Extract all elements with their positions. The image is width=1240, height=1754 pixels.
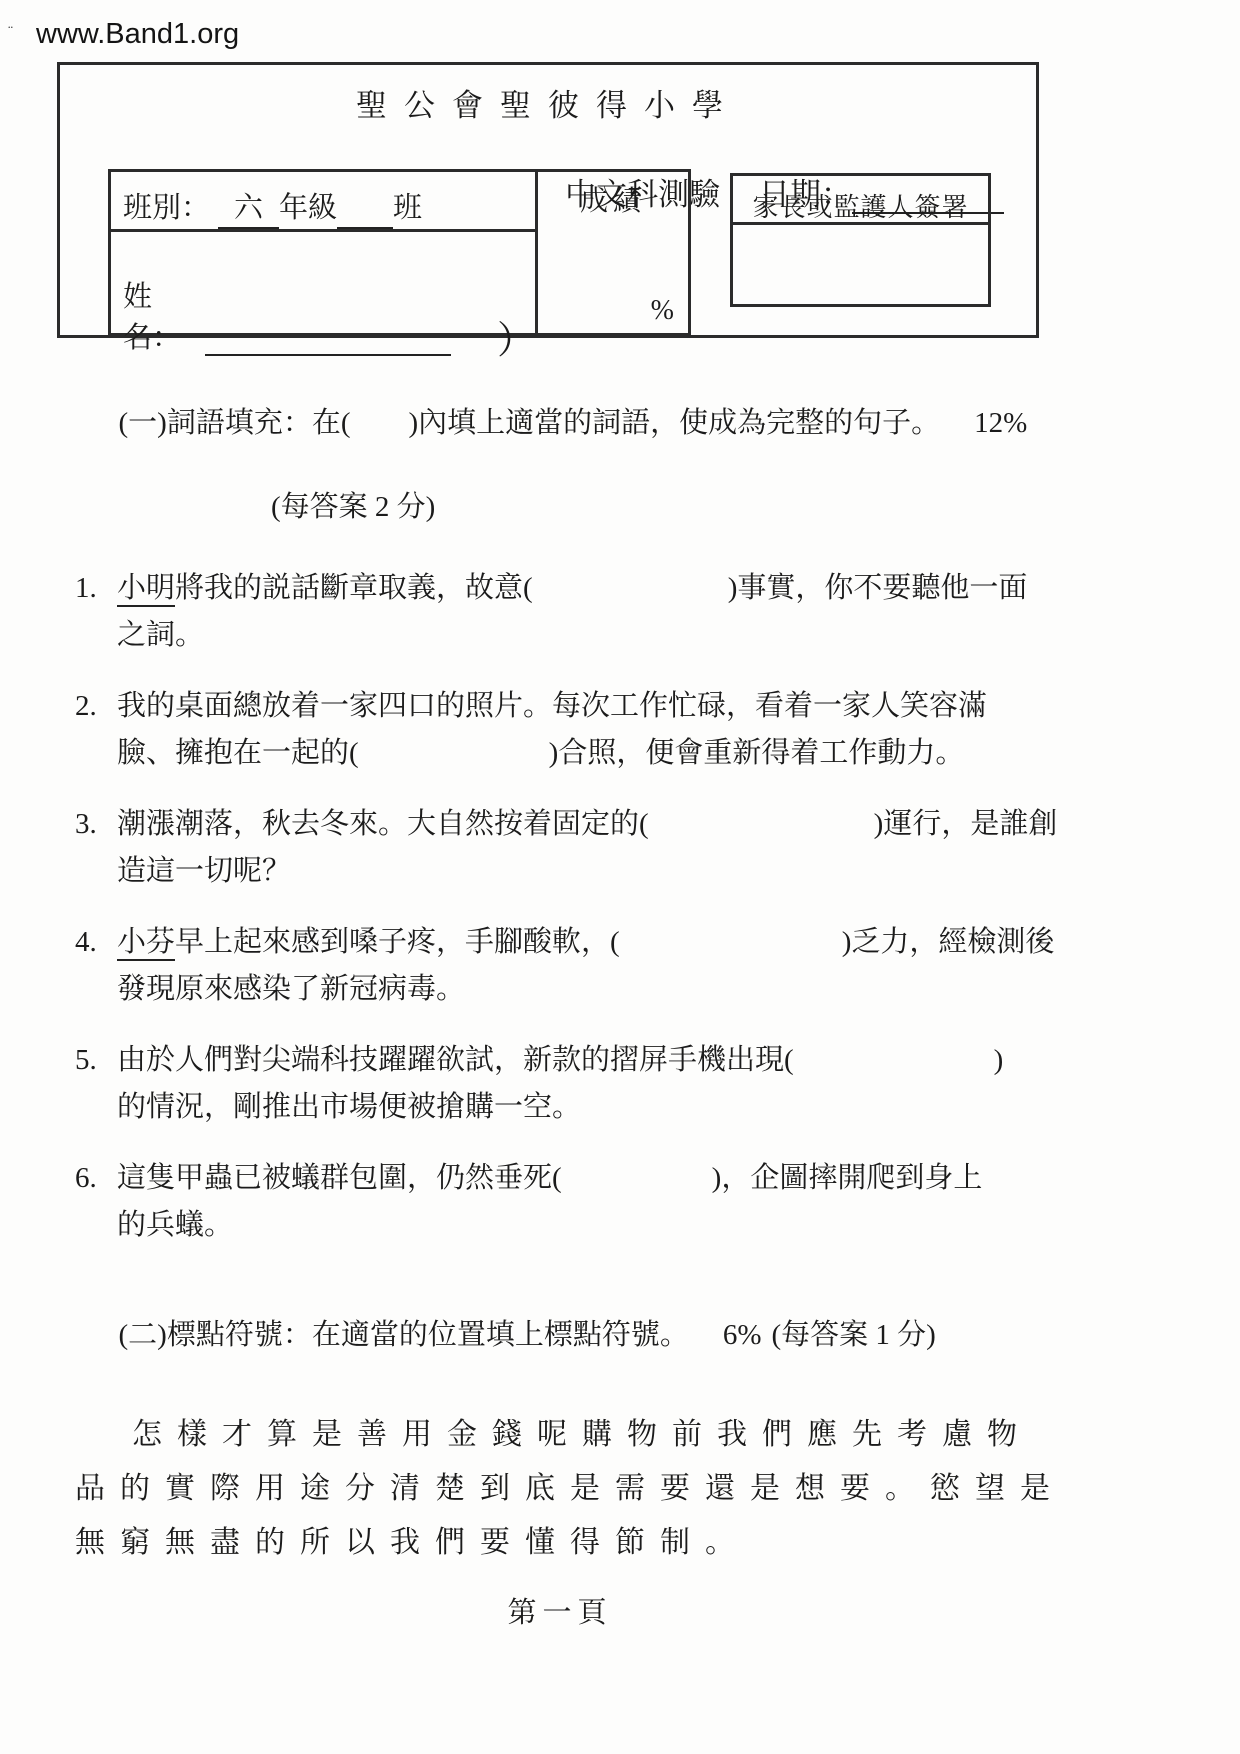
question-text: 造這一切呢？ <box>117 855 291 887</box>
signature-box: 家長或監護人簽署 <box>730 173 991 307</box>
section1-header: (一)詞語填充：在( )內填上適當的詞語，使成為完整的句子。12% <box>75 367 1185 474</box>
question-item: 5. 由於人們對尖端科技躍躍欲試，新款的摺屏手機出現()的情況，剛推出市場便被搶… <box>75 1037 1185 1131</box>
question-line: 之詞。 <box>117 612 1185 659</box>
question-text: 的兵蟻。 <box>117 1209 233 1241</box>
class-row: 班別：六年級班 <box>111 172 535 232</box>
question-text: 這隻甲蟲已被蟻群包圍，仍然垂死( <box>117 1162 562 1194</box>
answer-blank <box>649 832 874 833</box>
question-number: 1. <box>75 565 117 659</box>
score-label: 成績 <box>538 179 688 219</box>
punctuation-paragraph: 怎樣才算是善用金錢呢購物前我們應先考慮物品的實際用途分清楚到底是需要還是想要。慾… <box>75 1408 1185 1570</box>
question-text: 之詞。 <box>117 619 204 651</box>
answer-blank <box>359 761 549 762</box>
question-line: 發現原來感染了新冠病毒。 <box>117 966 1185 1013</box>
question-body: 小明將我的説話斷章取義，故意()事實，你不要聽他一面之詞。 <box>117 565 1185 659</box>
grade-suffix: 年級 <box>279 192 337 224</box>
answer-blank <box>794 1068 994 1069</box>
question-line: 的兵蟻。 <box>117 1202 1185 1249</box>
question-text: )，企圖摔開爬到身上 <box>712 1162 983 1194</box>
question-number: 4. <box>75 919 117 1013</box>
question-text: )乏力，經檢測後 <box>842 926 1055 958</box>
class-label: 班別： <box>123 192 210 224</box>
page-footer: 第一頁 <box>5 1590 1115 1631</box>
question-text: 我的桌面總放着一家四口的照片。每次工作忙碌，看着一家人笑容滿 <box>117 690 987 722</box>
score-box: 成績 % <box>535 169 691 336</box>
school-name: 聖公會聖彼得小學 <box>60 80 1036 125</box>
question-number: 6. <box>75 1155 117 1249</box>
signature-area <box>733 225 988 305</box>
section2-percentage: 6% <box>723 1319 762 1351</box>
section2-per-answer: (每答案 1 分) <box>772 1319 936 1351</box>
stray-mark: ¨ <box>8 24 13 41</box>
class-number-paren: ） <box>497 326 535 356</box>
question-body: 我的桌面總放着一家四口的照片。每次工作忙碌，看着一家人笑容滿臉、擁抱在一起的()… <box>117 683 1185 777</box>
question-body: 這隻甲蟲已被蟻群包圍，仍然垂死()，企圖摔開爬到身上的兵蟻。 <box>117 1155 1185 1249</box>
class-suffix: 班 <box>393 192 422 224</box>
question-text: 潮漲潮落，秋去冬來。大自然按着固定的( <box>117 808 649 840</box>
paragraph-line: 怎樣才算是善用金錢呢購物前我們應先考慮物 <box>75 1408 1185 1462</box>
question-item: 1. 小明將我的説話斷章取義，故意()事實，你不要聽他一面之詞。 <box>75 565 1185 659</box>
question-text: ) <box>994 1044 1004 1076</box>
question-text: 臉、擁抱在一起的( <box>117 737 359 769</box>
question-line: 小芬早上起來感到嗓子疼，手腳酸軟，()乏力，經檢測後 <box>117 919 1185 966</box>
underlined-name: 小明 <box>117 572 175 607</box>
question-item: 2. 我的桌面總放着一家四口的照片。每次工作忙碌，看着一家人笑容滿臉、擁抱在一起… <box>75 683 1185 777</box>
question-number: 5. <box>75 1037 117 1131</box>
name-label: 姓名： <box>123 274 205 356</box>
student-info-box: 班別：六年級班 姓名：） <box>108 169 538 336</box>
question-line: 造這一切呢？ <box>117 848 1185 895</box>
section2-header: (二)標點符號：在適當的位置填上標點符號。6%(每答案 1 分) <box>75 1279 1185 1386</box>
test-paper-page: ¨ www.Band1.org 聖公會聖彼得小學 2022-2023 年度 上學… <box>0 0 1240 1754</box>
paper-body: (一)詞語填充：在( )內填上適當的詞語，使成為完整的句子。12% (每答案 2… <box>0 355 1240 1631</box>
question-line: 由於人們對尖端科技躍躍欲試，新款的摺屏手機出現() <box>117 1037 1185 1084</box>
underlined-name: 小芬 <box>117 926 175 961</box>
questions-list: 1. 小明將我的説話斷章取義，故意()事實，你不要聽他一面之詞。 2. 我的桌面… <box>75 565 1185 1249</box>
question-item: 6. 這隻甲蟲已被蟻群包圍，仍然垂死()，企圖摔開爬到身上的兵蟻。 <box>75 1155 1185 1249</box>
question-text: )運行，是誰創 <box>874 808 1058 840</box>
class-number-blank <box>337 196 393 229</box>
exam-header-box: 聖公會聖彼得小學 2022-2023 年度 上學期 六年級 中文科測驗 日期： … <box>57 62 1039 338</box>
question-line: 的情況，剛推出市場便被搶購一空。 <box>117 1084 1185 1131</box>
question-line: 潮漲潮落，秋去冬來。大自然按着固定的()運行，是誰創 <box>117 801 1185 848</box>
question-text: 將我的説話斷章取義，故意( <box>175 572 533 604</box>
question-item: 3. 潮漲潮落，秋去冬來。大自然按着固定的()運行，是誰創造這一切呢？ <box>75 801 1185 895</box>
question-text: 發現原來感染了新冠病毒。 <box>117 973 465 1005</box>
watermark-url: www.Band1.org <box>36 18 239 51</box>
section1-per-answer: (每答案 2 分) <box>271 484 1185 525</box>
answer-blank <box>620 950 842 951</box>
question-body: 潮漲潮落，秋去冬來。大自然按着固定的()運行，是誰創造這一切呢？ <box>117 801 1185 895</box>
question-number: 2. <box>75 683 117 777</box>
section1-instructions: (一)詞語填充：在( )內填上適當的詞語，使成為完整的句子。 <box>119 407 941 439</box>
question-text: )合照，便會重新得着工作動力。 <box>549 737 965 769</box>
question-text: 由於人們對尖端科技躍躍欲試，新款的摺屏手機出現( <box>117 1044 794 1076</box>
question-item: 4. 小芬早上起來感到嗓子疼，手腳酸軟，()乏力，經檢測後發現原來感染了新冠病毒… <box>75 919 1185 1013</box>
question-body: 由於人們對尖端科技躍躍欲試，新款的摺屏手機出現()的情況，剛推出市場便被搶購一空… <box>117 1037 1185 1131</box>
question-text: 早上起來感到嗓子疼，手腳酸軟，( <box>175 926 620 958</box>
question-text: 的情況，剛推出市場便被搶購一空。 <box>117 1091 581 1123</box>
answer-blank <box>562 1186 712 1187</box>
name-blank <box>205 323 451 356</box>
paragraph-line: 品的實際用途分清楚到底是需要還是想要。慾望是 <box>75 1462 1185 1516</box>
answer-blank <box>533 596 728 597</box>
question-text: )事實，你不要聽他一面 <box>728 572 1028 604</box>
question-line: 我的桌面總放着一家四口的照片。每次工作忙碌，看着一家人笑容滿 <box>117 683 1185 730</box>
question-line: 這隻甲蟲已被蟻群包圍，仍然垂死()，企圖摔開爬到身上 <box>117 1155 1185 1202</box>
percent-sign: % <box>651 295 674 327</box>
name-row: 姓名：） <box>111 232 535 356</box>
question-body: 小芬早上起來感到嗓子疼，手腳酸軟，()乏力，經檢測後發現原來感染了新冠病毒。 <box>117 919 1185 1013</box>
grade-value: 六 <box>218 185 279 229</box>
question-line: 小明將我的説話斷章取義，故意()事實，你不要聽他一面 <box>117 565 1185 612</box>
section2-instructions: (二)標點符號：在適當的位置填上標點符號。 <box>119 1319 689 1351</box>
paragraph-line: 無窮無盡的所以我們要懂得節制。 <box>75 1516 1185 1570</box>
question-line: 臉、擁抱在一起的()合照，便會重新得着工作動力。 <box>117 730 1185 777</box>
question-number: 3. <box>75 801 117 895</box>
signature-label: 家長或監護人簽署 <box>733 176 988 225</box>
section1-percentage: 12% <box>974 407 1027 439</box>
